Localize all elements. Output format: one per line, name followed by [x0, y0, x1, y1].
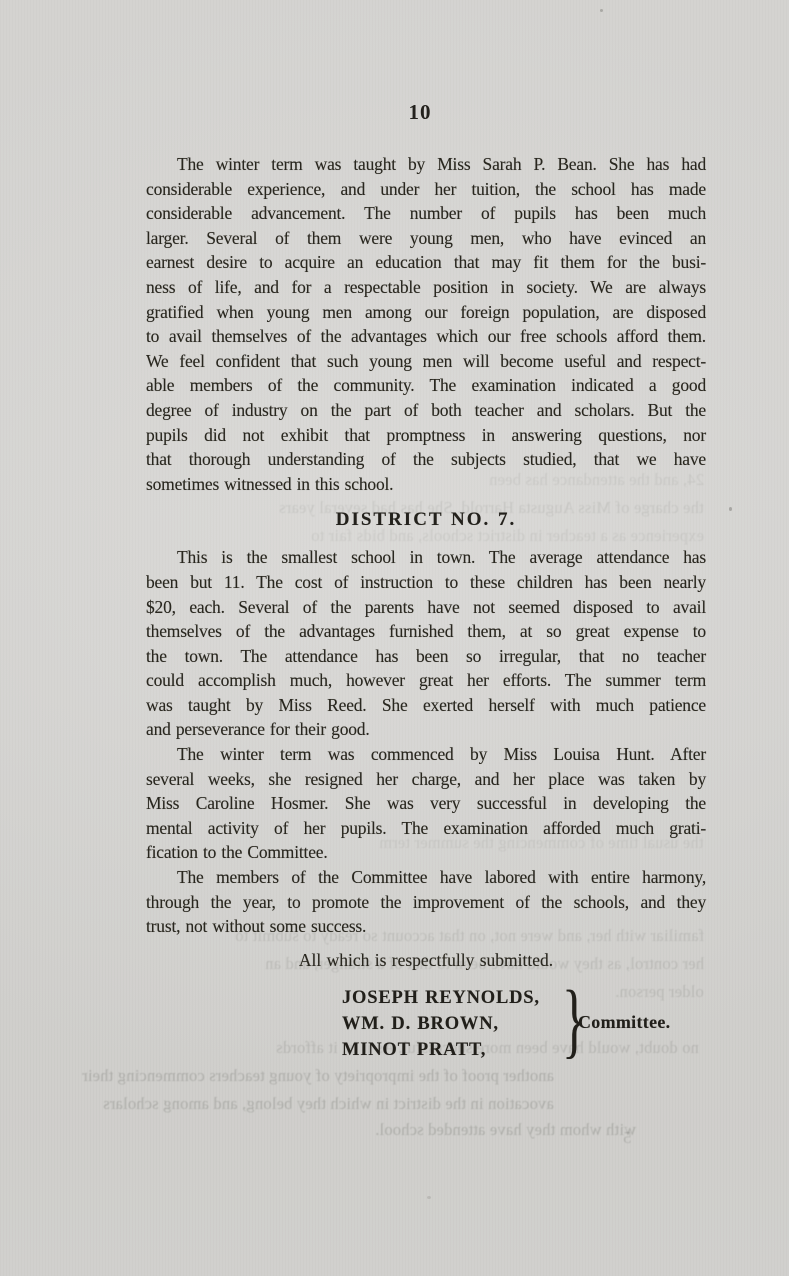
committee-label: Committee.	[578, 1012, 670, 1033]
district-7-heading: DISTRICT NO. 7.	[146, 507, 706, 532]
bleedthrough-text-line: with whom they have attended school.	[375, 1120, 636, 1140]
text-line: trust, not without some success.	[146, 914, 706, 939]
text-line: ness of life, and for a respectable posi…	[146, 275, 706, 300]
text-line: several weeks, she resigned her charge, …	[146, 767, 706, 792]
text-line: pupils did not exhibit that promptness i…	[146, 423, 706, 448]
signature-block: JOSEPH REYNOLDS,WM. D. BROWN,MINOT PRATT…	[146, 985, 706, 1095]
text-line: The winter term was taught by Miss Sarah…	[146, 152, 706, 177]
text-line: The members of the Committee have labore…	[146, 865, 706, 890]
text-line: to avail themselves of the advantages wh…	[146, 324, 706, 349]
scan-speck	[427, 1196, 431, 1199]
text-line: We feel confident that such young men wi…	[146, 349, 706, 374]
text-line: This is the smallest school in town. The…	[146, 545, 706, 570]
text-line: The winter term was commenced by Miss Lo…	[146, 742, 706, 767]
text-line: Miss Caroline Hosmer. She was very succe…	[146, 791, 706, 816]
text-line: sometimes witnessed in this school.	[146, 472, 706, 497]
paragraph-district7-winter-term: The winter term was commenced by Miss Lo…	[146, 742, 706, 865]
paragraph-district7-overview: This is the smallest school in town. The…	[146, 545, 706, 742]
report-body: The winter term was taught by Miss Sarah…	[146, 152, 706, 1095]
text-line: fication to the Committee.	[146, 840, 706, 865]
page-number: 10	[0, 100, 789, 125]
text-line: able members of the community. The exami…	[146, 373, 706, 398]
text-line: was taught by Miss Reed. She exerted her…	[146, 693, 706, 718]
text-line: earnest desire to acquire an education t…	[146, 250, 706, 275]
text-line: and perseverance for their good.	[146, 717, 706, 742]
text-line: mental activity of her pupils. The exami…	[146, 816, 706, 841]
text-line: $20, each. Several of the parents have n…	[146, 595, 706, 620]
bleedthrough-text-line: 5	[623, 1128, 631, 1148]
text-line: the town. The attendance has been so irr…	[146, 644, 706, 669]
text-line: could accomplish much, however great her…	[146, 668, 706, 693]
text-line: considerable advancement. The number of …	[146, 201, 706, 226]
text-line: degree of industry on the part of both t…	[146, 398, 706, 423]
scan-speck	[729, 507, 732, 511]
paragraph-winter-term-district6: The winter term was taught by Miss Sarah…	[146, 152, 706, 496]
text-line: larger. Several of them were young men, …	[146, 226, 706, 251]
text-line: through the year, to promote the improve…	[146, 890, 706, 915]
text-line: themselves of the advantages furnished t…	[146, 619, 706, 644]
scanned-report-page: 24, and the attendance has beenthe charg…	[0, 0, 789, 1276]
text-line: gratified when young men among our forei…	[146, 300, 706, 325]
committee-member-name: JOSEPH REYNOLDS,	[342, 985, 706, 1011]
committee-member-name: MINOT PRATT,	[342, 1037, 706, 1063]
text-line: that thorough understanding of the subje…	[146, 447, 706, 472]
bleedthrough-text-line: avocation in the district in which they …	[103, 1094, 554, 1114]
text-line: considerable experience, and under her t…	[146, 177, 706, 202]
scan-speck	[600, 9, 603, 12]
text-line: been but 11. The cost of instruction to …	[146, 570, 706, 595]
paragraph-committee-harmony: The members of the Committee have labore…	[146, 865, 706, 939]
closing-statement: All which is respectfully submitted.	[146, 948, 706, 972]
